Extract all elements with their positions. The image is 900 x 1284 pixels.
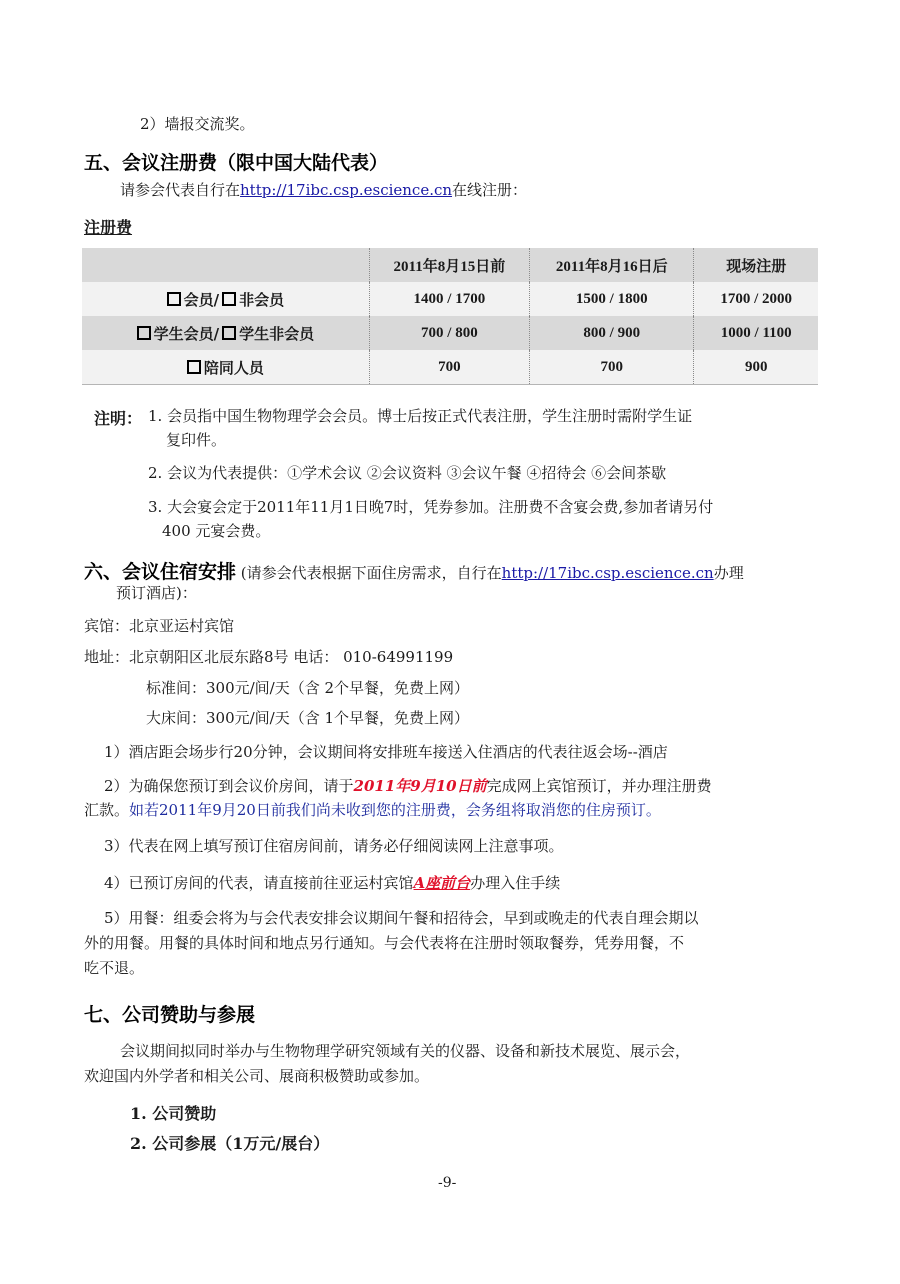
checkbox-member[interactable] xyxy=(167,292,181,306)
label-companion: 陪同人员 xyxy=(204,359,264,377)
registration-intro: 请参会代表自行在http://17ibc.csp.escience.cn在线注册… xyxy=(120,180,527,200)
item-2-suffix: 完成网上宾馆预订，并办理注册费 xyxy=(487,777,712,795)
section-6-note-line-2: 预订酒店)： xyxy=(116,583,197,603)
note-1-line-1: 1. 会员指中国生物物理学会会员。博士后按正式代表注册，学生注册时需附学生证 xyxy=(148,406,692,426)
item-2-line-2-prefix: 汇款。 xyxy=(84,801,129,819)
header-cell-early: 2011年8月15日前 xyxy=(369,248,529,282)
lodging-item-2-line-2: 汇款。如若2011年9月20日前我们尚未收到您的注册费，会务组将取消您的住房预订… xyxy=(84,800,661,820)
hotel-name: 宾馆：北京亚运村宾馆 xyxy=(84,616,234,636)
label-member: 会员/ xyxy=(184,291,219,309)
note-1-line-2: 复印件。 xyxy=(166,430,226,450)
table-cell: 700 / 800 xyxy=(369,316,529,350)
hotel-booking-link[interactable]: http://17ibc.csp.escience.cn xyxy=(502,564,714,582)
row-label: 学生会员/学生非会员 xyxy=(82,316,369,350)
intro-prefix: 请参会代表自行在 xyxy=(120,181,240,199)
row-label: 陪同人员 xyxy=(82,350,369,385)
lodging-item-5-line-1: 5）用餐：组委会将为与会代表安排会议期间午餐和招待会，早到或晚走的代表自理会期以 xyxy=(104,908,699,928)
label-student-non-member: 学生非会员 xyxy=(239,325,314,343)
note-3-line-1: 3. 大会宴会定于2011年11月1日晚7时，凭券参加。注册费不含宴会费,参加者… xyxy=(148,497,713,517)
item-4-suffix: 办理入住手续 xyxy=(470,874,560,892)
section-5-title: 五、会议注册费（限中国大陆代表） xyxy=(84,148,388,175)
registration-link[interactable]: http://17ibc.csp.escience.cn xyxy=(240,181,452,199)
header-cell-onsite: 现场注册 xyxy=(694,248,818,282)
section-6-note-suffix: 办理 xyxy=(714,564,744,582)
lodging-item-5-line-3: 吃不退。 xyxy=(84,958,144,978)
room-standard: 标准间：300元/间/天（含 2个早餐，免费上网） xyxy=(146,678,469,698)
lodging-item-4: 4）已预订房间的代表，请直接前往亚运村宾馆A座前台办理入住手续 xyxy=(104,873,560,893)
cancellation-notice: 如若2011年9月20日前我们尚未收到您的注册费，会务组将取消您的住房预订。 xyxy=(129,801,661,819)
section-7-title: 七、公司赞助与参展 xyxy=(84,1000,255,1027)
checkbox-non-member[interactable] xyxy=(222,292,236,306)
section-6-note-prefix: (请参会代表根据下面住房需求，自行在 xyxy=(241,564,502,582)
lodging-item-1: 1）酒店距会场步行20分钟，会议期间将安排班车接送入住酒店的代表往返会场--酒店 xyxy=(104,742,668,762)
header-cell-empty xyxy=(82,248,369,282)
page-number: -9- xyxy=(438,1175,456,1191)
checkbox-student-non-member[interactable] xyxy=(222,326,236,340)
label-student-member: 学生会员/ xyxy=(154,325,219,343)
table-row: 会员/非会员 1400 / 1700 1500 / 1800 1700 / 20… xyxy=(82,282,818,316)
hotel-address: 地址：北京朝阳区北辰东路8号 电话： 010-64991199 xyxy=(84,647,453,667)
table-row: 陪同人员 700 700 900 xyxy=(82,350,818,385)
exhibition-item: 2. 公司参展（1万元/展台） xyxy=(130,1131,329,1154)
section-6-header: 六、会议住宿安排 (请参会代表根据下面住房需求，自行在http://17ibc.… xyxy=(84,557,744,584)
table-cell: 900 xyxy=(694,350,818,385)
header-cell-late: 2011年8月16日后 xyxy=(530,248,694,282)
lodging-item-2-line-1: 2）为确保您预订到会议价房间，请于2011年9月10日前完成网上宾馆预订，并办理… xyxy=(104,776,712,796)
registration-fee-table: 2011年8月15日前 2011年8月16日后 现场注册 会员/非会员 1400… xyxy=(82,248,818,385)
table-cell: 700 xyxy=(530,350,694,385)
section-7-para-line-2: 欢迎国内外学者和相关公司、展商积极赞助或参加。 xyxy=(84,1066,429,1086)
section-6-title: 六、会议住宿安排 xyxy=(84,561,236,583)
lodging-item-5-line-2: 外的用餐。用餐的具体时间和地点另行通知。与会代表将在注册时领取餐券，凭券用餐，不 xyxy=(84,933,684,953)
section-7-para-line-1: 会议期间拟同时举办与生物物理学研究领域有关的仪器、设备和新技术展览、展示会， xyxy=(120,1041,690,1061)
booking-deadline: 2011年9月10日前 xyxy=(354,777,487,795)
fee-subtitle: 注册费 xyxy=(84,215,132,238)
table-cell: 1700 / 2000 xyxy=(694,282,818,316)
table-cell: 700 xyxy=(369,350,529,385)
label-non-member: 非会员 xyxy=(239,291,284,309)
note-2: 2. 会议为代表提供：①学术会议 ②会议资料 ③会议午餐 ④招待会 ⑥会间茶歇 xyxy=(148,463,666,483)
table-cell: 800 / 900 xyxy=(530,316,694,350)
table-cell: 1000 / 1100 xyxy=(694,316,818,350)
notes-label: 注明： xyxy=(94,406,142,429)
row-label: 会员/非会员 xyxy=(82,282,369,316)
table-cell: 1500 / 1800 xyxy=(530,282,694,316)
sponsorship-item: 1. 公司赞助 xyxy=(130,1101,216,1124)
lodging-item-3: 3）代表在网上填写预订住宿房间前，请务必仔细阅读网上注意事项。 xyxy=(104,836,564,856)
front-desk-location: A座前台 xyxy=(414,874,471,892)
table-cell: 1400 / 1700 xyxy=(369,282,529,316)
checkbox-student-member[interactable] xyxy=(137,326,151,340)
award-item-2: 2）墙报交流奖。 xyxy=(140,114,255,134)
table-row: 学生会员/学生非会员 700 / 800 800 / 900 1000 / 11… xyxy=(82,316,818,350)
note-3-line-2: 400 元宴会费。 xyxy=(162,521,270,541)
item-2-prefix: 2）为确保您预订到会议价房间，请于 xyxy=(104,777,354,795)
table-header-row: 2011年8月15日前 2011年8月16日后 现场注册 xyxy=(82,248,818,282)
intro-suffix: 在线注册： xyxy=(452,181,527,199)
item-4-prefix: 4）已预订房间的代表，请直接前往亚运村宾馆 xyxy=(104,874,414,892)
room-king: 大床间：300元/间/天（含 1个早餐，免费上网） xyxy=(146,708,469,728)
checkbox-companion[interactable] xyxy=(187,360,201,374)
